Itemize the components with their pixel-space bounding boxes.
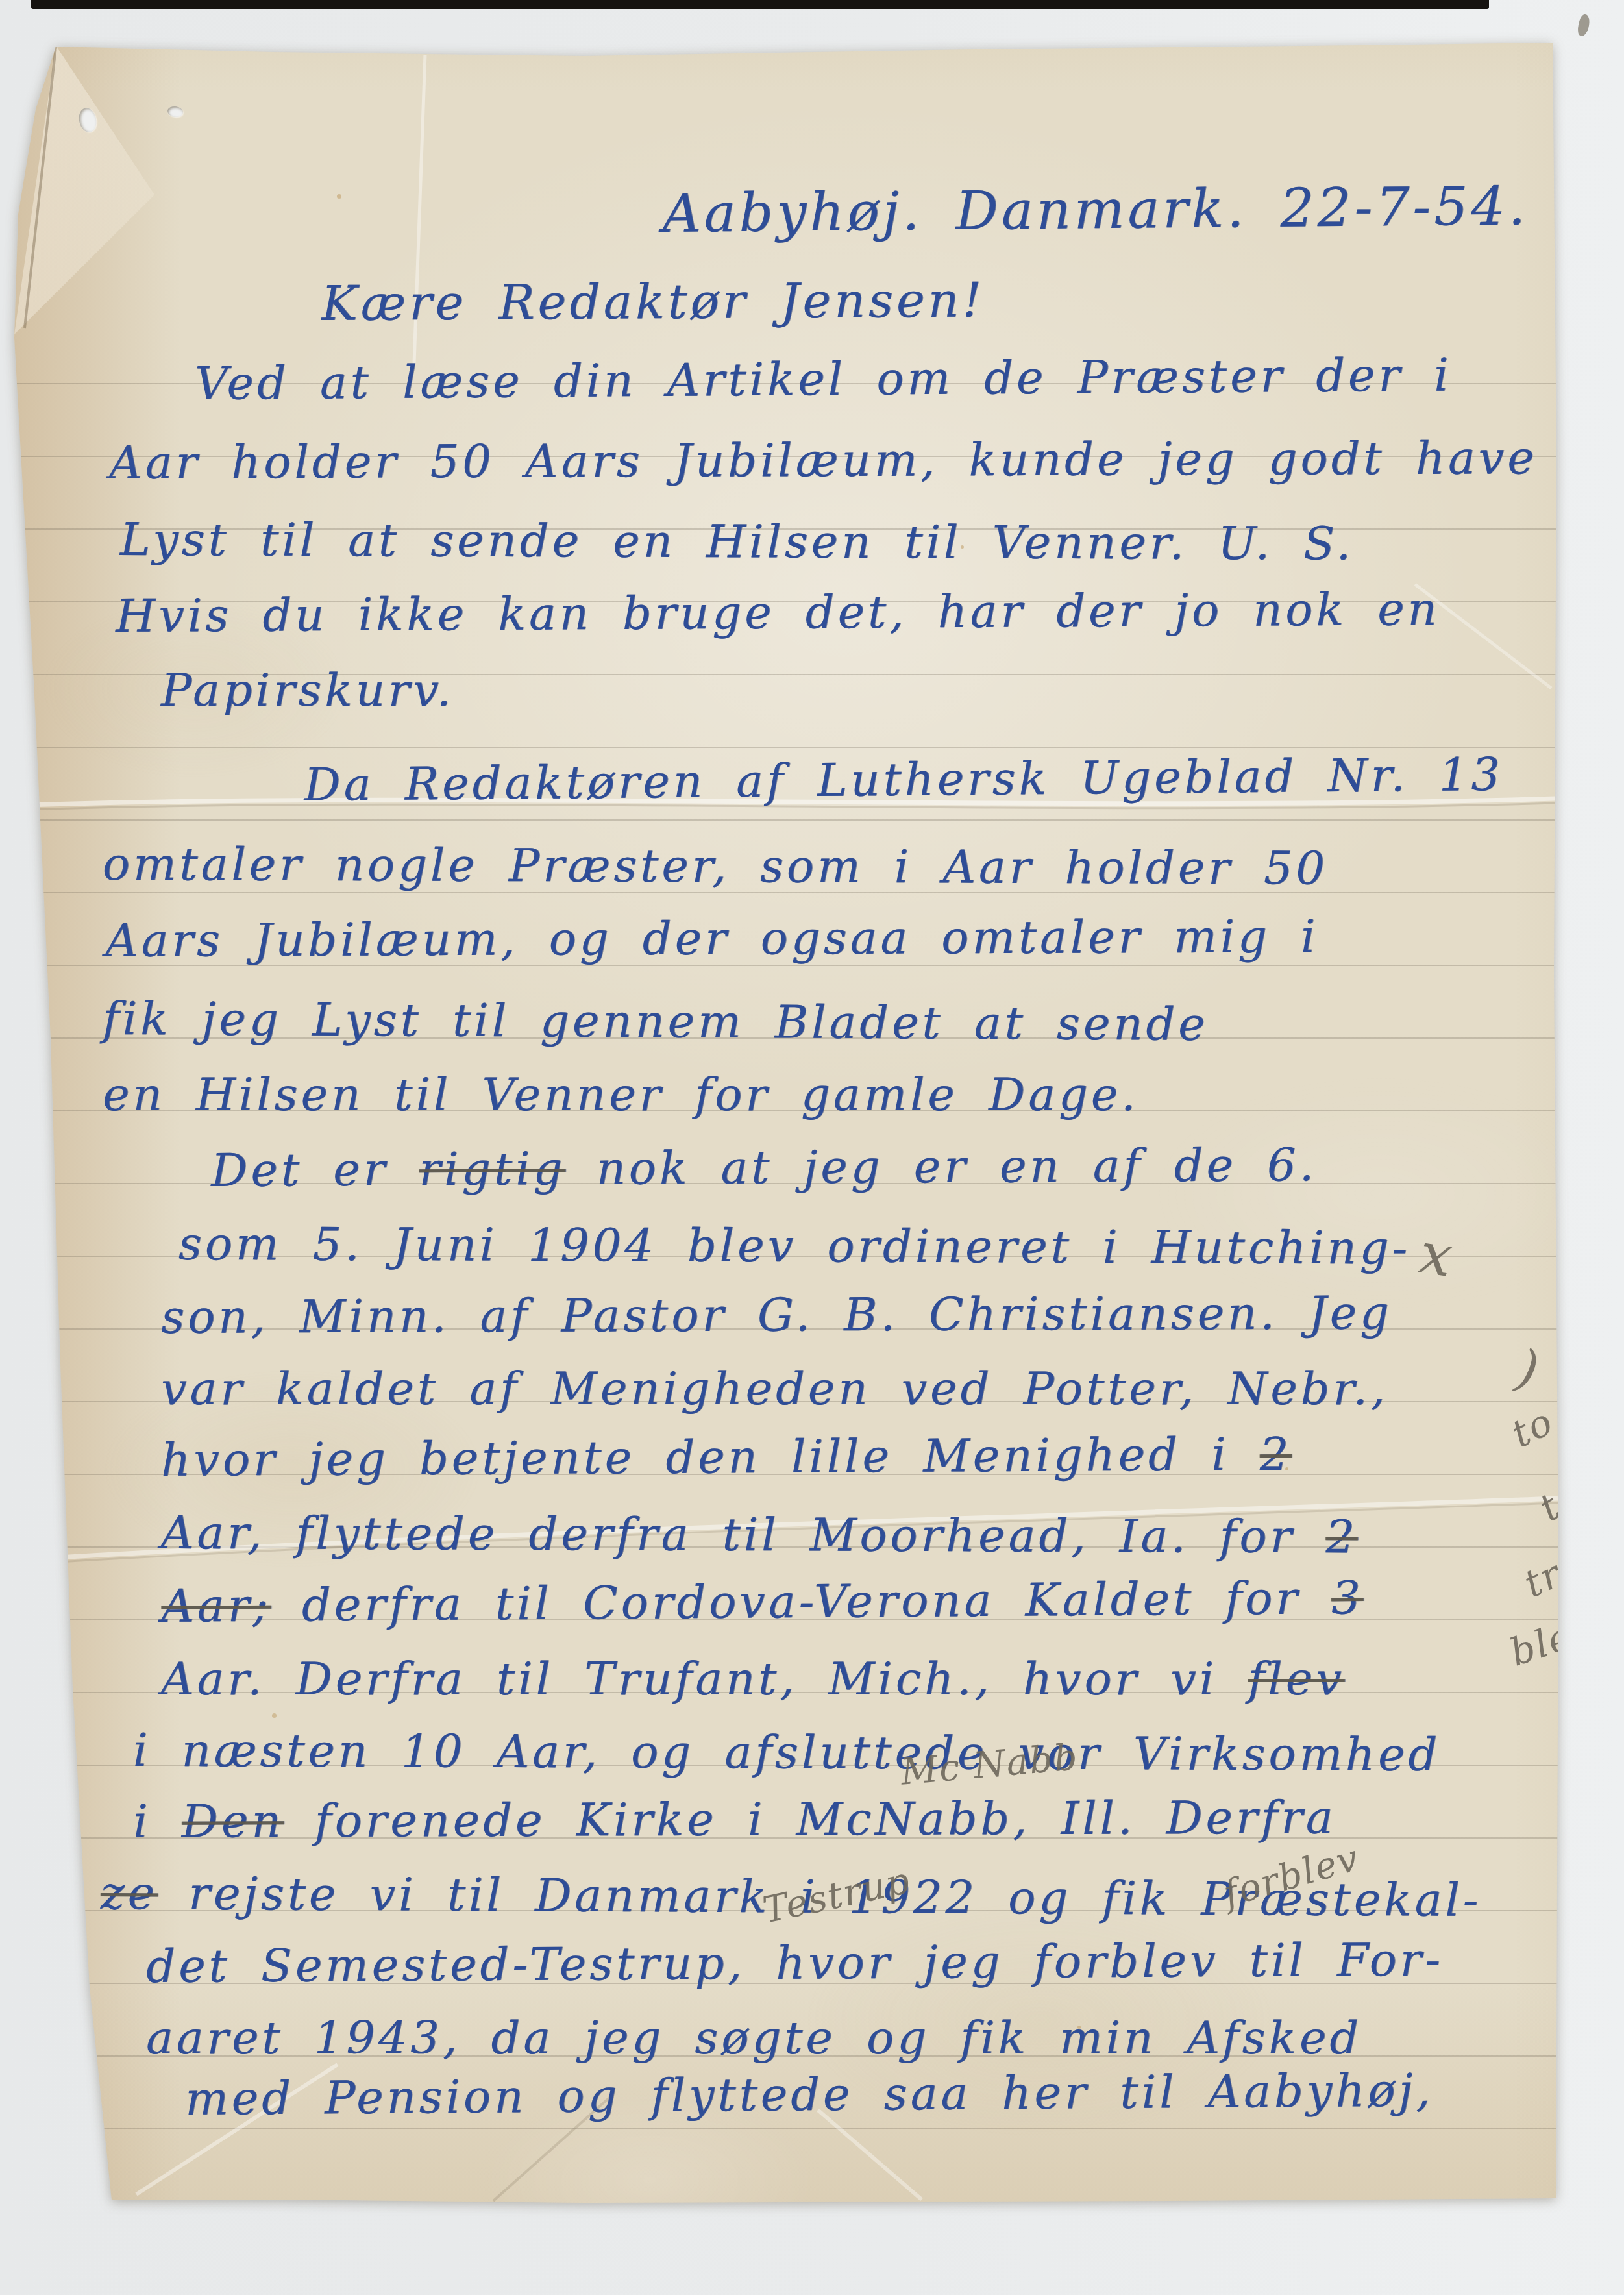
ink-text: Lyst til at sende en Hilsen til Venner. …	[120, 513, 1354, 571]
ink-text: derfra til Cordova-Verona Kaldet for	[271, 1571, 1331, 1631]
letter-line: Lyst til at sende en Hilsen til Venner. …	[120, 513, 1354, 571]
letter-line: Det er rigtig nok at jeg er en af de 6.	[211, 1138, 1317, 1197]
letter-line: var kaldet af Menigheden ved Potter, Neb…	[161, 1362, 1388, 1415]
ink-text: i næsten 10 Aar, og afsluttede vor Virks…	[133, 1724, 1441, 1781]
letter-line: Da Redaktøren af Luthersk Ugeblad Nr. 13	[304, 748, 1503, 812]
ink-text: Aar holder 50 Aars Jubilæum, kunde jeg g…	[109, 431, 1538, 490]
ink-text: Den	[182, 1794, 284, 1848]
ink-text: 2	[1325, 1510, 1358, 1563]
ink-text: rigtig	[419, 1142, 565, 1196]
letter-line: som 5. Juni 1904 blev ordineret i Hutchi…	[178, 1217, 1410, 1275]
letter-line: Aars Jubilæum, og der ogsaa omtaler mig …	[105, 910, 1319, 967]
ink-text: som 5. Juni 1904 blev ordineret i Hutchi…	[178, 1217, 1410, 1275]
pencil-annotation: tre	[1518, 1542, 1590, 1606]
ink-text: flev	[1248, 1652, 1344, 1706]
ink-text: 2	[1259, 1428, 1292, 1481]
foxing-specks	[0, 0, 3, 3]
pencil-annotation: x	[1416, 1219, 1458, 1290]
ink-text: det Semested-Testrup, hvor jeg forblev t…	[146, 1933, 1444, 1993]
ink-text: ze	[101, 1867, 158, 1920]
letter-line: Aar; derfra til Cordova-Verona Kaldet fo…	[161, 1571, 1364, 1633]
letter-line: Hvis du ikke kan bruge det, har der jo n…	[116, 582, 1440, 643]
letter-line: det Semested-Testrup, hvor jeg forblev t…	[146, 1933, 1444, 1993]
dateline: Aabyhøj. Danmark. 22-7-54.	[662, 175, 1529, 245]
ink-text: Aar. Derfra til Trufant, Mich., hvor vi	[161, 1652, 1248, 1706]
pencil-annotation: blev	[1505, 1607, 1599, 1675]
ink-text: en Hilsen til Venner for gamle Dage.	[103, 1068, 1138, 1121]
letter-line: i næsten 10 Aar, og afsluttede vor Virks…	[133, 1724, 1441, 1781]
ink-text: Hvis du ikke kan bruge det, har der jo n…	[116, 582, 1440, 643]
letter-line: en Hilsen til Venner for gamle Dage.	[103, 1068, 1138, 1121]
letter-line: i Den forenede Kirke i McNabb, Ill. Derf…	[133, 1791, 1336, 1848]
salutation: Kære Redaktør Jensen!	[321, 273, 985, 332]
letter-line: med Pension og flyttede saa her til Aaby…	[185, 2064, 1434, 2126]
ink-text: 3	[1331, 1571, 1364, 1624]
paper-wrap: Aabyhøj. Danmark. 22-7-54. Kære Redaktør…	[0, 0, 1624, 2295]
ink-text: Papirskurv.	[161, 664, 454, 717]
ink-text: fik jeg Lyst til gennem Bladet at sende	[103, 992, 1209, 1051]
ink-text: Aar, flyttede derfra til Moorhead, Ia. f…	[161, 1506, 1326, 1563]
letter-paper: Aabyhøj. Danmark. 22-7-54. Kære Redaktør…	[0, 0, 1624, 2295]
letter-text-layer: Aabyhøj. Danmark. 22-7-54. Kære Redaktør…	[0, 0, 1624, 2295]
ink-text: Det er	[211, 1143, 419, 1197]
ink-text: omtaler nogle Præster, som i Aar holder …	[103, 837, 1328, 895]
ink-text: hvor jeg betjente den lille Menighed i	[161, 1428, 1260, 1487]
letter-line: hvor jeg betjente den lille Menighed i 2	[161, 1428, 1292, 1487]
ink-text: son, Minn. af Pastor G. B. Christiansen.…	[161, 1286, 1392, 1344]
pencil-annotation: to	[1505, 1399, 1560, 1456]
letter-line: Ved at læse din Artikel om de Præster de…	[195, 348, 1452, 410]
letter-line: Aar holder 50 Aars Jubilæum, kunde jeg g…	[109, 431, 1538, 490]
ink-text: Aar;	[161, 1579, 271, 1633]
ink-text: Aars Jubilæum, og der ogsaa omtaler mig …	[105, 910, 1319, 967]
ink-text: nok at jeg er en af de 6.	[565, 1138, 1317, 1195]
ink-text: forenede Kirke i McNabb, Ill. Derfra	[284, 1791, 1336, 1848]
pencil-annotation: to	[1532, 1472, 1589, 1530]
ink-text: var kaldet af Menigheden ved Potter, Neb…	[161, 1362, 1388, 1415]
letter-line: son, Minn. af Pastor G. B. Christiansen.…	[161, 1286, 1392, 1344]
ink-text: Da Redaktøren af Luthersk Ugeblad Nr. 13	[304, 748, 1503, 812]
pencil-annotation: )	[1512, 1339, 1544, 1400]
ink-text: i	[133, 1795, 182, 1848]
letter-line: Aar. Derfra til Trufant, Mich., hvor vi …	[161, 1652, 1345, 1706]
letter-line: omtaler nogle Præster, som i Aar holder …	[103, 837, 1328, 895]
ink-text: med Pension og flyttede saa her til Aaby…	[185, 2064, 1434, 2126]
ink-text: Ved at læse din Artikel om de Præster de…	[195, 348, 1452, 410]
ink-text: aaret 1943, da jeg søgte og fik min Afsk…	[146, 2011, 1362, 2065]
letter-line: Papirskurv.	[161, 664, 454, 717]
letter-line: fik jeg Lyst til gennem Bladet at sende	[103, 992, 1209, 1051]
letter-line: Aar, flyttede derfra til Moorhead, Ia. f…	[161, 1506, 1358, 1563]
letter-line: aaret 1943, da jeg søgte og fik min Afsk…	[146, 2011, 1362, 2065]
